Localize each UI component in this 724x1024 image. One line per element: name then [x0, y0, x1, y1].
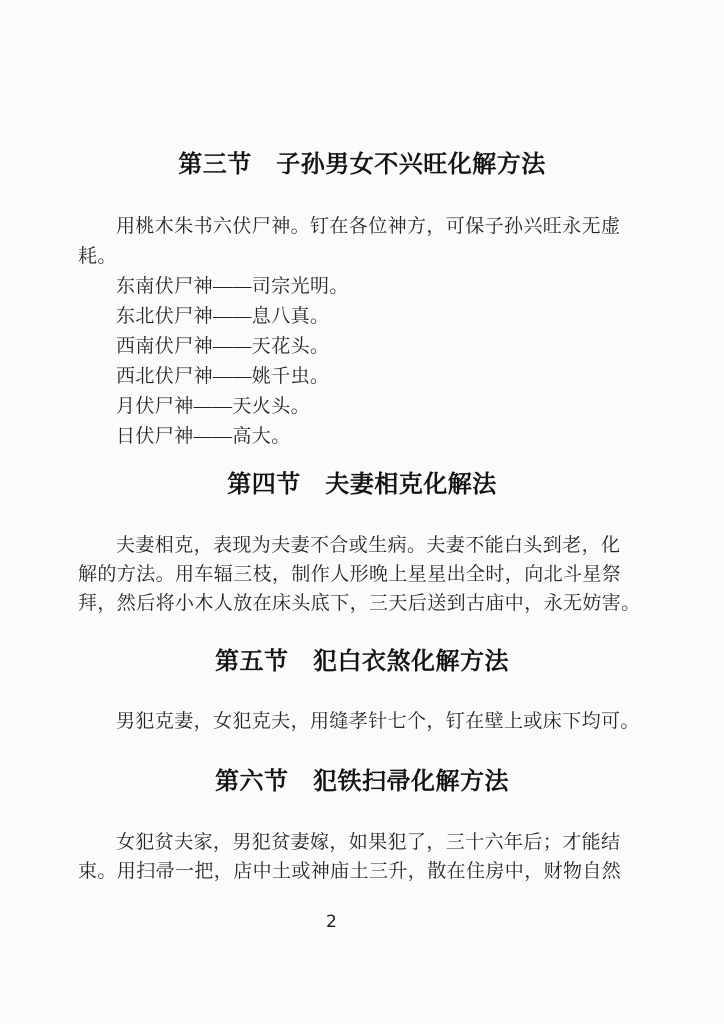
text-line: 用桃木朱书六伏尸神。钉在各位神方，可保子孙兴旺永无虚 [78, 212, 638, 242]
text-line: 拜，然后将小木人放在床头底下，三天后送到古庙中，永无妨害。 [78, 589, 638, 618]
text-line: 男犯克妻，女犯克夫，用缝孝针七个，钉在壁上或床下均可。 [78, 707, 638, 736]
list-item: 东北伏尸神——息八真。 [78, 302, 638, 332]
page-number: 2 [326, 910, 337, 934]
list-item: 月伏尸神——天火头。 [78, 392, 638, 422]
list-item: 西北伏尸神——姚千虫。 [78, 362, 638, 392]
document-page: 第三节 子孙男女不兴旺化解方法 用桃木朱书六伏尸神。钉在各位神方，可保子孙兴旺永… [0, 0, 724, 1024]
paragraph: 男犯克妻，女犯克夫，用缝孝针七个，钉在壁上或床下均可。 [78, 707, 638, 736]
text-line: 夫妻相克，表现为夫妻不合或生病。夫妻不能白头到老，化 [78, 531, 638, 560]
text-line: 束。用扫帚一把，店中土或神庙土三升，散在住房中，财物自然 [78, 857, 638, 886]
list-item: 东南伏尸神——司宗光明。 [78, 272, 638, 302]
list-item: 日伏尸神——高大。 [78, 422, 638, 452]
section-heading: 第六节 犯铁扫帚化解方法 [0, 765, 724, 797]
paragraph: 夫妻相克，表现为夫妻不合或生病。夫妻不能白头到老，化 解的方法。用车辐三枝，制作… [78, 531, 638, 618]
text-line: 解的方法。用车辐三枝，制作人形晚上星星出全时，向北斗星祭 [78, 560, 638, 589]
section-heading: 第四节 夫妻相克化解法 [0, 468, 724, 500]
list-item: 西南伏尸神——天花头。 [78, 332, 638, 362]
paragraph: 女犯贫夫家，男犯贫妻嫁，如果犯了，三十六年后；才能结 束。用扫帚一把，店中土或神… [78, 828, 638, 886]
paragraph: 用桃木朱书六伏尸神。钉在各位神方，可保子孙兴旺永无虚 耗。 东南伏尸神——司宗光… [78, 212, 638, 452]
text-line: 女犯贫夫家，男犯贫妻嫁，如果犯了，三十六年后；才能结 [78, 828, 638, 857]
text-line: 耗。 [78, 242, 638, 272]
section-heading: 第三节 子孙男女不兴旺化解方法 [0, 148, 724, 180]
section-heading: 第五节 犯白衣煞化解方法 [0, 645, 724, 677]
